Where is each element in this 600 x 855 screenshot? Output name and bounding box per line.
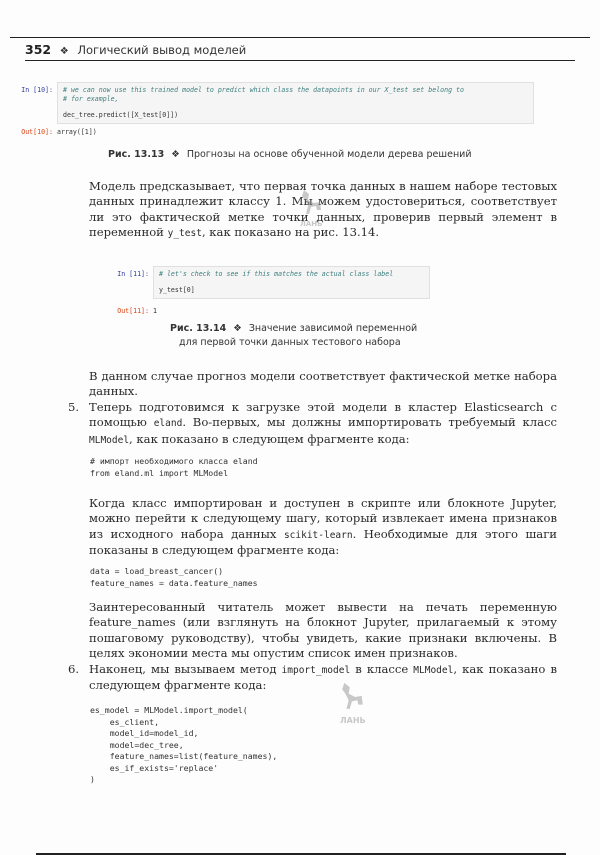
paragraph-text: Наконец, мы вызываем метод (89, 662, 282, 676)
paragraph-text: , как показано на рис. 13.14. (202, 225, 379, 239)
code-comment-1: # we can now use this trained model to p… (63, 86, 528, 95)
cell-out-prompt: Out[10]: (8, 128, 57, 136)
figure-caption-13-13: Рис. 13.13 ❖ Прогнозы на основе обученно… (108, 149, 472, 160)
cell-in-prompt: In [10]: (8, 82, 57, 124)
step-5-text: Теперь подготовимся к загрузке этой моде… (89, 400, 557, 448)
list-number-6: 6. (68, 662, 79, 676)
caption-label: Рис. 13.13 (108, 149, 164, 160)
running-header: 352 ❖ Логический вывод моделей (25, 42, 246, 57)
notebook-cell-in-10: In [10]: # we can now use this trained m… (8, 82, 534, 124)
inline-code-mlmodel: MLModel (413, 665, 453, 676)
caption-text-line2: для первой точки данных тестового набора (170, 336, 417, 350)
chapter-title: Логический вывод моделей (77, 43, 246, 57)
list-number-5: 5. (68, 400, 79, 414)
diamond-ornament-icon: ❖ (171, 149, 180, 160)
cell-output: 1 (153, 307, 157, 315)
notebook-cell-out-11: Out[11]: 1 (104, 307, 157, 315)
notebook-cell-in-11: In [11]: # let's check to see if this ma… (104, 266, 430, 299)
code-block-import-model: es_model = MLModel.import_model( es_clie… (90, 705, 277, 786)
caption-text: Значение зависимой переменной (249, 323, 417, 334)
code-line: dec_tree.predict([X_test[0]]) (63, 111, 528, 120)
paragraph-interested-reader: Заинтересованный читатель может вывести … (89, 600, 557, 662)
header-underline (25, 60, 575, 61)
cell-input-box: # we can now use this trained model to p… (57, 82, 534, 124)
code-block-load-data: data = load_breast_cancer() feature_name… (90, 566, 258, 589)
inline-code-eland: eland (154, 418, 183, 429)
diamond-ornament-icon: ❖ (60, 46, 69, 57)
deer-logo-icon (300, 188, 324, 218)
watermark-bottom: ЛАНЬ (340, 680, 366, 725)
code-comment-2: # for example, (63, 95, 528, 104)
paragraph-text: в классе (350, 662, 413, 676)
code-comment: # let's check to see if this matches the… (159, 270, 424, 279)
caption-text: Прогнозы на основе обученной модели дере… (187, 149, 472, 160)
cell-input-box: # let's check to see if this matches the… (153, 266, 430, 299)
notebook-cell-out-10: Out[10]: array([1]) (8, 128, 97, 136)
inline-code-scikit-learn: scikit-learn (284, 530, 353, 541)
code-block-import: # импорт необходимого класса eland from … (90, 456, 258, 479)
deer-logo-icon (340, 680, 366, 714)
cell-out-prompt: Out[11]: (104, 307, 153, 315)
top-rule (10, 37, 590, 38)
caption-label: Рис. 13.14 (170, 323, 226, 334)
code-line: y_test[0] (159, 286, 424, 295)
cell-in-prompt: In [11]: (104, 266, 153, 299)
paragraph-feature-names: Когда класс импортирован и доступен в ск… (89, 496, 557, 559)
step-6-text: Наконец, мы вызываем метод import_model … (89, 662, 557, 694)
page-number: 352 (25, 42, 51, 57)
watermark-top: ЛАНЬ (300, 188, 324, 228)
paragraph-text: , как показано в следующем фрагменте код… (129, 432, 410, 446)
inline-code-y-test: y_test (168, 228, 202, 239)
inline-code-mlmodel: MLModel (89, 435, 129, 446)
diamond-ornament-icon: ❖ (233, 323, 242, 334)
watermark-text: ЛАНЬ (300, 220, 324, 228)
cell-output: array([1]) (57, 128, 97, 136)
paragraph-prediction-match: В данном случае прогноз модели соответст… (89, 369, 557, 400)
watermark-text: ЛАНЬ (340, 716, 366, 725)
figure-caption-13-14: Рис. 13.14 ❖ Значение зависимой переменн… (170, 322, 417, 350)
inline-code-import-model: import_model (282, 665, 351, 676)
paragraph-text: . Во-первых, мы должны импортировать тре… (182, 415, 557, 429)
